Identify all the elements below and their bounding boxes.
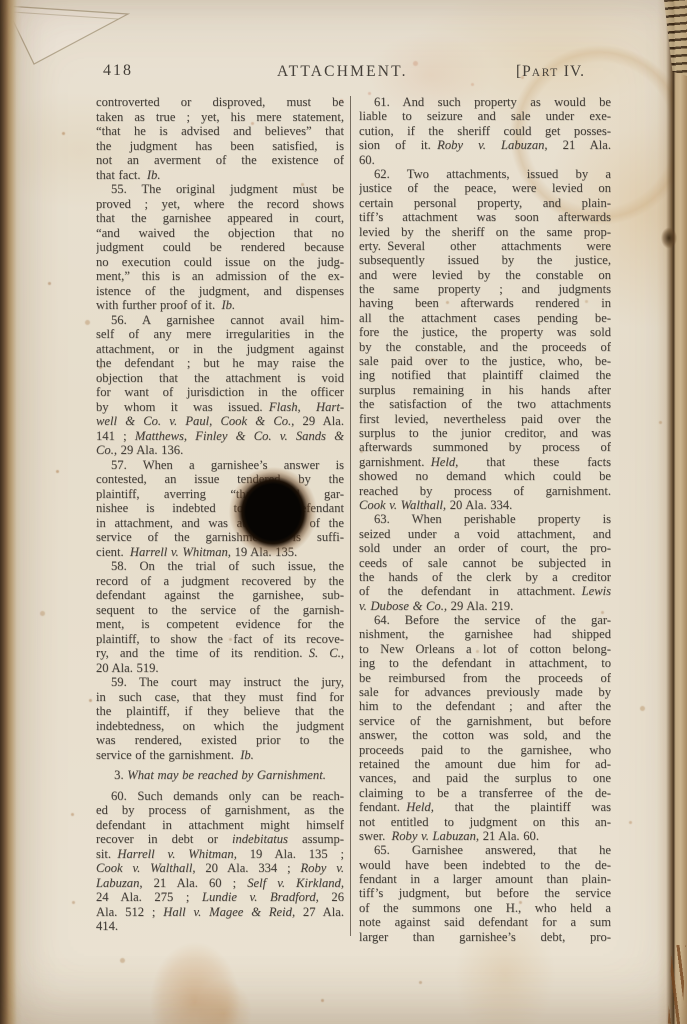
text-line: Cook v. Walthall, 20 Ala. 334 ; Roby v. (96, 861, 344, 876)
text-line: by whom it was issued. Flash, Hart- (96, 400, 344, 415)
text-line: retained the amount due him for ad- (359, 757, 611, 771)
text-segment: Flash, Hart- (269, 400, 344, 414)
text-line: ment,” this is an admission of the ex- (96, 269, 344, 284)
text-segment: having been afterwards rendered in (359, 296, 611, 310)
text-segment: to New Orleans a lot of cotton belong- (359, 642, 611, 656)
text-line: and were levied by the constable on (359, 268, 611, 282)
text-line: of the summons one H., who held a (359, 901, 611, 915)
text-segment: of the summons one H., who held a (359, 901, 611, 915)
text-line: the judgment has been satisfied, is (96, 139, 344, 154)
text-segment: defendant in attachment might himself (96, 818, 344, 832)
text-segment: justice of the peace, were levied on (359, 181, 611, 195)
text-segment: by whom it was issued. (96, 400, 269, 414)
text-segment: with further proof of it. (96, 298, 221, 312)
text-line: cient. Harrell v. Whitman, 19 Ala. 135. (96, 545, 344, 560)
text-segment: sequent to the service of the garnish- (96, 603, 344, 617)
text-segment: nishment, the garnishee had shipped (359, 627, 611, 641)
text-segment: Cook v. Walthall, (96, 861, 196, 875)
paragraph: 55. The original judgment must beproved … (96, 182, 344, 313)
text-segment: S. C., (309, 646, 344, 660)
text-line: ry, and the time of its rendition. S. C.… (96, 646, 344, 661)
text-line: proceeds paid to the garnishee, who (359, 743, 611, 757)
text-segment: Roby v. Labuzan, (392, 829, 480, 843)
text-segment: Held, (406, 800, 434, 814)
text-line: subsequently issued by the justice, (359, 253, 611, 267)
text-segment: tiff’s attachment was soon afterwards (359, 210, 611, 224)
text-segment: ment,” this is an admission of the ex- (96, 269, 344, 283)
text-line: service of the garnishment. Ib. (96, 748, 344, 763)
text-segment: cient. (96, 545, 130, 559)
text-segment: erty. Several other attachments were (359, 239, 611, 253)
text-segment: cution, if the sheriff could get posses- (359, 124, 611, 138)
paragraph: controverted or disproved, must betaken … (96, 95, 344, 182)
text-segment: recover in debt or (96, 832, 232, 846)
paragraph: 56. A garnishee cannot avail him-self of… (96, 313, 344, 458)
text-line: ing notified that plaintiff claimed the (359, 368, 611, 382)
text-line: istence of the judgment, and dispenses (96, 284, 344, 299)
text-segment: 57. When a garnishee’s answer is (111, 458, 344, 472)
text-line: larger than garnishee’s debt, pro- (359, 930, 611, 944)
text-line: be reimbursed from the proceeds of (359, 671, 611, 685)
text-segment: note against said defendant for a sum (359, 915, 611, 929)
text-segment: defendant against the garnishee, sub- (96, 588, 344, 602)
text-line: note against said defendant for a sum (359, 915, 611, 929)
text-segment: Ib. (147, 168, 161, 182)
text-segment: sale paid over to the justice, who, be- (359, 354, 611, 368)
text-line: 414. (96, 919, 344, 934)
text-line: sale for advances previously made by (359, 685, 611, 699)
text-segment: 24 Ala. 275 ; (96, 890, 202, 904)
text-line: “that he is advised and believes” that (96, 124, 344, 139)
text-line: sequent to the service of the garnish- (96, 603, 344, 618)
text-line: fendant. Held, that the plaintiff was (359, 800, 611, 814)
text-segment: ceeds of sale cannot be subjected in (359, 556, 611, 570)
text-segment: 62. Two attachments, issued by a (374, 167, 611, 181)
text-segment: Labuzan, (96, 876, 143, 890)
text-segment: Ib. (240, 748, 254, 762)
text-line: that fact. Ib. (96, 168, 344, 183)
text-line: claiming to be a transferree of the de- (359, 786, 611, 800)
text-segment: seized under a void attachment, and (359, 527, 611, 541)
text-segment: 55. The original judgment must be (111, 182, 344, 196)
text-line: the defendant ; but he may raise the (96, 356, 344, 371)
text-line: the same property ; and judgments (359, 282, 611, 296)
text-segment: for want of jurisdiction in the officer (96, 385, 344, 399)
text-line: taken as true ; yet, his mere statement, (96, 110, 344, 125)
text-segment: fendant in a larger amount than plain- (359, 872, 611, 886)
paragraph: 58. On the trial of such issue, therecor… (96, 559, 344, 675)
text-segment: fore the justice, the property was sold (359, 325, 611, 339)
text-segment: Cook v. Walthall, (359, 498, 446, 512)
text-segment: assump- (288, 832, 344, 846)
text-line: certain personal property, and plain- (359, 196, 611, 210)
text-line: defendant in attachment might himself (96, 818, 344, 833)
text-segment: proceeds paid to the garnishee, who (359, 743, 611, 757)
text-line: all the attachment cases pending be- (359, 311, 611, 325)
text-line: service of the garnishment, but before (359, 714, 611, 728)
text-segment: service of the garnishment, but before (359, 714, 611, 728)
text-segment: 20 Ala. 334 ; (196, 861, 301, 875)
text-segment: What may be reached by Garnishment. (127, 768, 326, 782)
text-segment: larger than garnishee’s debt, pro- (359, 930, 611, 944)
text-segment: 414. (96, 919, 118, 933)
text-segment: indebtedness, on which the judgment (96, 719, 344, 733)
text-segment: Matthews, Finley & Co. v. Sands & (135, 429, 344, 443)
text-segment: the defendant ; but he may raise the (96, 356, 344, 370)
text-segment: objection that the attachment is void (96, 371, 344, 385)
text-line: Co., 29 Ala. 136. (96, 443, 344, 458)
text-segment: 21 Ala. (548, 138, 611, 152)
text-line: swer. Roby v. Labuzan, 21 Ala. 60. (359, 829, 611, 843)
text-segment: in such case, that they must find for (96, 690, 344, 704)
text-segment: garnishment. (359, 455, 431, 469)
text-line: not an averment of the existence of (96, 153, 344, 168)
text-segment: 19 Ala. 135 ; (237, 847, 344, 861)
text-line: would have been indebted to the de- (359, 858, 611, 872)
text-segment: the satisfaction of the two attachments (359, 397, 611, 411)
text-segment: Roby v. Labuzan, (437, 138, 547, 152)
text-segment: sale for advances previously made by (359, 685, 611, 699)
text-line: 55. The original judgment must be (96, 182, 344, 197)
text-segment: the hands of the clerk by a creditor (359, 570, 611, 584)
paragraph: 64. Before the service of the gar-nishme… (359, 613, 611, 843)
text-segment: attachment, or in the judgment against (96, 342, 344, 356)
text-segment: v. Dubose & Co., (359, 599, 447, 613)
text-segment: levied by the sheriff on the same prop- (359, 225, 611, 239)
text-line: 57. When a garnishee’s answer is (96, 458, 344, 473)
text-segment: 63. When perishable property is (374, 512, 611, 526)
text-line: reached by process of garnishment. (359, 484, 611, 498)
text-segment: self of any mere irregularities in the (96, 327, 344, 341)
text-line: first levied, nevertheless paid over the (359, 412, 611, 426)
text-line: of the defendant in attachment. Lewis (359, 584, 611, 598)
text-segment: would have been indebted to the de- (359, 858, 611, 872)
text-line: cution, if the sheriff could get posses- (359, 124, 611, 138)
text-line: 64. Before the service of the gar- (359, 613, 611, 627)
text-line: self of any mere irregularities in the (96, 327, 344, 342)
text-line: 3. What may be reached by Garnishment. (96, 768, 344, 783)
text-segment: 21 Ala. 60. (479, 829, 539, 843)
text-line: sion of it. Roby v. Labuzan, 21 Ala. (359, 138, 611, 152)
text-line: 60. Such demands only can be reach- (96, 789, 344, 804)
text-line: Ala. 512 ; Hall v. Magee & Reid, 27 Ala. (96, 905, 344, 920)
text-segment: no execution could issue on the judg- (96, 255, 344, 269)
text-line: ing to the defendant in attachment, to (359, 656, 611, 670)
text-segment: sold under an order of court, the pro- (359, 541, 611, 555)
text-segment: surplus remaining in his hands after (359, 383, 611, 397)
text-segment: 58. On the trial of such issue, the (111, 559, 344, 573)
text-line: attachment, or in the judgment against (96, 342, 344, 357)
text-segment: 29 Ala. (294, 414, 344, 428)
text-line: the plaintiff, if they believe that the (96, 704, 344, 719)
text-segment: 20 Ala. 519. (96, 661, 159, 675)
section-heading: 3. What may be reached by Garnishment. (96, 768, 344, 783)
text-segment: ry, and the time of its rendition. (96, 646, 309, 660)
text-segment: ing notified that plaintiff claimed the (359, 368, 611, 382)
text-segment: 61. And such property as would be (374, 95, 611, 109)
text-segment: of the defendant in attachment. (359, 584, 582, 598)
text-line: with further proof of it. Ib. (96, 298, 344, 313)
text-segment: that these facts (458, 455, 611, 469)
paragraph: 60. Such demands only can be reach-ed by… (96, 789, 344, 934)
text-line: no execution could issue on the judg- (96, 255, 344, 270)
text-segment: Hall v. Magee & Reid, (163, 905, 295, 919)
text-line: 59. The court may instruct the jury, (96, 675, 344, 690)
text-segment: 56. A garnishee cannot avail him- (111, 313, 344, 327)
text-line: the hands of the clerk by a creditor (359, 570, 611, 584)
text-segment: controverted or disproved, must be (96, 95, 344, 109)
text-line: garnishment. Held, that these facts (359, 455, 611, 469)
text-line: was rendered, existed prior to the (96, 733, 344, 748)
text-line: vances, and paid the surplus to one (359, 771, 611, 785)
text-line: Labuzan, 21 Ala. 60 ; Self v. Kirkland, (96, 876, 344, 891)
text-segment: 65. Garnishee answered, that he (374, 843, 611, 857)
text-line: 58. On the trial of such issue, the (96, 559, 344, 574)
text-line: 141 ; Matthews, Finley & Co. v. Sands & (96, 429, 344, 444)
text-line: afterwards summoned by process of (359, 440, 611, 454)
text-line: 20 Ala. 519. (96, 661, 344, 676)
text-line: v. Dubose & Co., 29 Ala. 219. (359, 599, 611, 613)
paragraph: 63. When perishable property isseized un… (359, 512, 611, 613)
text-segment: was rendered, existed prior to the (96, 733, 344, 747)
text-segment: vances, and paid the surplus to one (359, 771, 611, 785)
text-segment: not entitled to judgment on this an- (359, 815, 611, 829)
text-segment: the same property ; and judgments (359, 282, 611, 296)
text-segment: not an averment of the existence of (96, 153, 344, 167)
text-line: 61. And such property as would be (359, 95, 611, 109)
text-line: him to the defendant ; and after the (359, 699, 611, 713)
text-line: 65. Garnishee answered, that he (359, 843, 611, 857)
paragraph: 59. The court may instruct the jury,in s… (96, 675, 344, 762)
text-segment: Co., (96, 443, 117, 457)
text-line: tiff’s judgment, but before the service (359, 886, 611, 900)
text-line: fendant in a larger amount than plain- (359, 872, 611, 886)
text-segment: subsequently issued by the justice, (359, 253, 611, 267)
text-segment: the judgment has been satisfied, is (96, 139, 344, 153)
text-segment: the plaintiff, if they believe that the (96, 704, 344, 718)
text-line: sold under an order of court, the pro- (359, 541, 611, 555)
text-segment: Harrell v. Whitman, (130, 545, 231, 559)
text-segment: that the garnishee appeared in court, (96, 211, 344, 225)
text-line: tiff’s attachment was soon afterwards (359, 210, 611, 224)
text-segment: ment, is competent evidence for the (96, 617, 344, 631)
text-line: proved ; yet, where the record shows (96, 197, 344, 212)
text-line: that the garnishee appeared in court, (96, 211, 344, 226)
text-segment: him to the defendant ; and after the (359, 699, 611, 713)
text-line: judgment could be rendered because (96, 240, 344, 255)
text-segment: claiming to be a transferree of the de- (359, 786, 611, 800)
text-segment: tiff’s judgment, but before the service (359, 886, 611, 900)
text-line: indebtedness, on which the judgment (96, 719, 344, 734)
text-line: liable to seizure and sale under exe- (359, 109, 611, 123)
text-segment: 20 Ala. 334. (446, 498, 512, 512)
text-line: fore the justice, the property was sold (359, 325, 611, 339)
text-segment: by the constable, and the proceeds of (359, 340, 611, 354)
text-segment: answer, the cotton was sold, and the (359, 728, 611, 742)
text-segment: Lewis (582, 584, 611, 598)
text-line: recover in debt or indebitatus assump- (96, 832, 344, 847)
text-segment: all the attachment cases pending be- (359, 311, 611, 325)
text-segment: service of the garnishment. (96, 748, 240, 762)
text-line: justice of the peace, were levied on (359, 181, 611, 195)
text-segment: sit. (96, 847, 117, 861)
text-segment: plaintiff, to show the fact of its recov… (96, 632, 344, 646)
text-segment: “and waived the objection that no (96, 226, 344, 240)
column-divider (350, 96, 351, 936)
text-segment: that fact. (96, 168, 147, 182)
text-line: ceeds of sale cannot be subjected in (359, 556, 611, 570)
paragraph: 61. And such property as would beliable … (359, 95, 611, 167)
text-segment: that the plaintiff was (434, 800, 611, 814)
text-line: nishment, the garnishee had shipped (359, 627, 611, 641)
text-line: to New Orleans a lot of cotton belong- (359, 642, 611, 656)
text-line: the satisfaction of the two attachments (359, 397, 611, 411)
text-segment: 64. Before the service of the gar- (374, 613, 611, 627)
text-segment: ing to the defendant in attachment, to (359, 656, 611, 670)
text-segment: certain personal property, and plain- (359, 196, 611, 210)
paragraph: 65. Garnishee answered, that hewould hav… (359, 843, 611, 944)
text-segment: fendant. (359, 800, 406, 814)
text-line: “and waived the objection that no (96, 226, 344, 241)
text-segment: 141 ; (96, 429, 135, 443)
text-segment: 26 (319, 890, 344, 904)
text-line: surplus to the junior creditor, and was (359, 426, 611, 440)
text-segment: retained the amount due him for ad- (359, 757, 611, 771)
text-segment: swer. (359, 829, 392, 843)
text-segment: judgment could be rendered because (96, 240, 344, 254)
text-line: well & Co. v. Paul, Cook & Co., 29 Ala. (96, 414, 344, 429)
text-line: levied by the sheriff on the same prop- (359, 225, 611, 239)
text-segment: first levied, nevertheless paid over the (359, 412, 611, 426)
text-line: 62. Two attachments, issued by a (359, 167, 611, 181)
text-segment: 59. The court may instruct the jury, (111, 675, 344, 689)
text-line: in such case, that they must find for (96, 690, 344, 705)
text-segment: showed no demand which could be (359, 469, 611, 483)
text-segment: well & Co. v. Paul, Cook & Co., (96, 414, 294, 428)
text-line: having been afterwards rendered in (359, 296, 611, 310)
text-segment: Ala. 512 ; (96, 905, 163, 919)
text-segment: surplus to the junior creditor, and was (359, 426, 611, 440)
text-segment: be reimbursed from the proceeds of (359, 671, 611, 685)
text-line: ment, is competent evidence for the (96, 617, 344, 632)
paragraph: 62. Two attachments, issued by ajustice … (359, 167, 611, 512)
text-segment: 60. Such demands only can be reach- (111, 789, 344, 803)
text-segment: Held, (431, 455, 459, 469)
text-line: 24 Ala. 275 ; Lundie v. Bradford, 26 (96, 890, 344, 905)
text-segment: Harrell v. Whitman, (117, 847, 237, 861)
text-line: controverted or disproved, must be (96, 95, 344, 110)
text-line: record of a judgment recovered by the (96, 574, 344, 589)
text-segment: indebitatus (232, 832, 288, 846)
text-segment: Self v. Kirkland, (247, 876, 344, 890)
text-segment: sion of it. (359, 138, 437, 152)
text-segment: 60. (359, 153, 375, 167)
text-line: 60. (359, 153, 611, 167)
text-segment: liable to seizure and sale under exe- (359, 109, 611, 123)
text-line: by the constable, and the proceeds of (359, 340, 611, 354)
text-line: objection that the attachment is void (96, 371, 344, 386)
text-segment: Ib. (221, 298, 235, 312)
text-segment: ed by process of garnishment, as the (96, 803, 344, 817)
text-line: seized under a void attachment, and (359, 527, 611, 541)
text-segment: “that he is advised and believes” that (96, 124, 344, 138)
right-column: 61. And such property as would beliable … (359, 95, 611, 944)
text-segment: 29 Ala. 219. (447, 599, 513, 613)
text-line: for want of jurisdiction in the officer (96, 385, 344, 400)
text-segment: proved ; yet, where the record shows (96, 197, 344, 211)
book-page-photo: 418 ATTACHMENT. [PART IV. controverted o… (0, 0, 687, 1024)
text-line: ed by process of garnishment, as the (96, 803, 344, 818)
text-line: not entitled to judgment on this an- (359, 815, 611, 829)
text-segment: istence of the judgment, and dispenses (96, 284, 344, 298)
text-segment: reached by process of garnishment. (359, 484, 611, 498)
text-line: erty. Several other attachments were (359, 239, 611, 253)
text-segment: 21 Ala. 60 ; (143, 876, 248, 890)
text-line: surplus remaining in his hands after (359, 383, 611, 397)
text-segment: afterwards summoned by process of (359, 440, 611, 454)
text-line: plaintiff, to show the fact of its recov… (96, 632, 344, 647)
text-line: sale paid over to the justice, who, be- (359, 354, 611, 368)
text-line: 63. When perishable property is (359, 512, 611, 526)
text-segment: taken as true ; yet, his mere statement, (96, 110, 344, 124)
text-line: showed no demand which could be (359, 469, 611, 483)
text-segment: 27 Ala. (295, 905, 344, 919)
text-line: 56. A garnishee cannot avail him- (96, 313, 344, 328)
text-segment: 3. (114, 768, 127, 782)
text-line: Cook v. Walthall, 20 Ala. 334. (359, 498, 611, 512)
text-segment: Roby v. (300, 861, 344, 875)
text-line: defendant against the garnishee, sub- (96, 588, 344, 603)
text-segment: and were levied by the constable on (359, 268, 611, 282)
text-line: sit. Harrell v. Whitman, 19 Ala. 135 ; (96, 847, 344, 862)
text-segment: 29 Ala. 136. (117, 443, 183, 457)
text-segment: Lundie v. Bradford, (202, 890, 319, 904)
text-line: answer, the cotton was sold, and the (359, 728, 611, 742)
text-segment: record of a judgment recovered by the (96, 574, 344, 588)
